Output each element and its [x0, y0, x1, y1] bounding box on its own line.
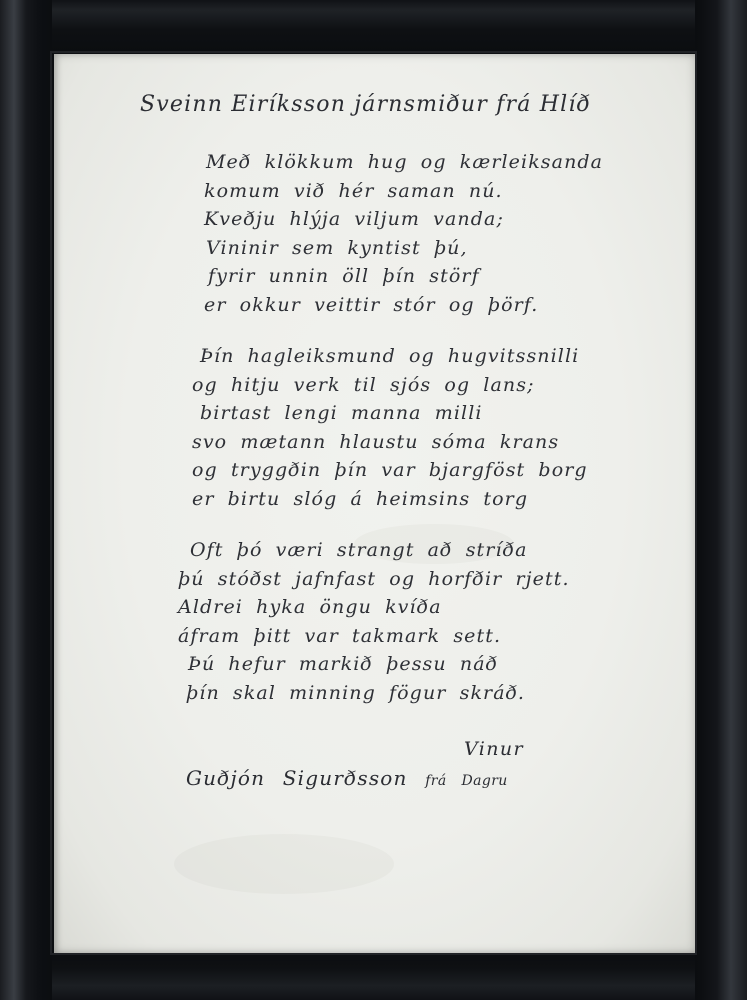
poem-line: Þín hagleiksmund og hugvitssnilli	[192, 342, 588, 371]
poem-line: er birtu slóg á heimsins torg	[192, 485, 588, 514]
poem-line: birtast lengi manna milli	[192, 399, 588, 428]
poem-line: komum við hér saman nú.	[204, 177, 603, 206]
poem-title: Sveinn Eiríksson járnsmiður frá Hlíð	[140, 92, 591, 117]
signature-name: Guðjón Sigurðsson	[186, 766, 408, 790]
poem-line: þú stóðst jafnfast og horfðir rjett.	[178, 565, 570, 594]
paper-smudge	[174, 834, 394, 894]
closing-word: Vinur	[464, 738, 524, 760]
signature: Guðjón Sigurðsson frá Dagru	[186, 766, 508, 790]
poem-line: fyrir unnin öll þín störf	[204, 262, 603, 291]
poem-line: Aldrei hyka öngu kvíða	[178, 593, 570, 622]
picture-frame: Sveinn Eiríksson járnsmiður frá Hlíð Með…	[0, 0, 747, 1000]
stanza-3: Oft þó væri strangt að stríða þú stóðst …	[178, 536, 570, 707]
poem-line: Kveðju hlýja viljum vanda;	[204, 205, 603, 234]
poem-line: þín skal minning fögur skráð.	[178, 679, 570, 708]
signature-place: frá Dagru	[425, 773, 508, 789]
poem-line: Þú hefur markið þessu náð	[178, 650, 570, 679]
poem-line: Vininir sem kyntist þú,	[204, 234, 603, 263]
poem-line: Með klökkum hug og kærleiksanda	[204, 148, 603, 177]
poem-line: Oft þó væri strangt að stríða	[178, 536, 570, 565]
stanza-2: Þín hagleiksmund og hugvitssnilli og hit…	[192, 342, 588, 513]
poem-line: áfram þitt var takmark sett.	[178, 622, 570, 651]
paper-sheet: Sveinn Eiríksson járnsmiður frá Hlíð Með…	[54, 54, 695, 953]
poem-line: svo mætann hlaustu sóma krans	[192, 428, 588, 457]
poem-line: er okkur veittir stór og þörf.	[204, 291, 603, 320]
poem-line: og hitju verk til sjós og lans;	[192, 371, 588, 400]
poem-line: og tryggðin þín var bjargföst borg	[192, 456, 588, 485]
stanza-1: Með klökkum hug og kærleiksanda komum vi…	[204, 148, 603, 319]
